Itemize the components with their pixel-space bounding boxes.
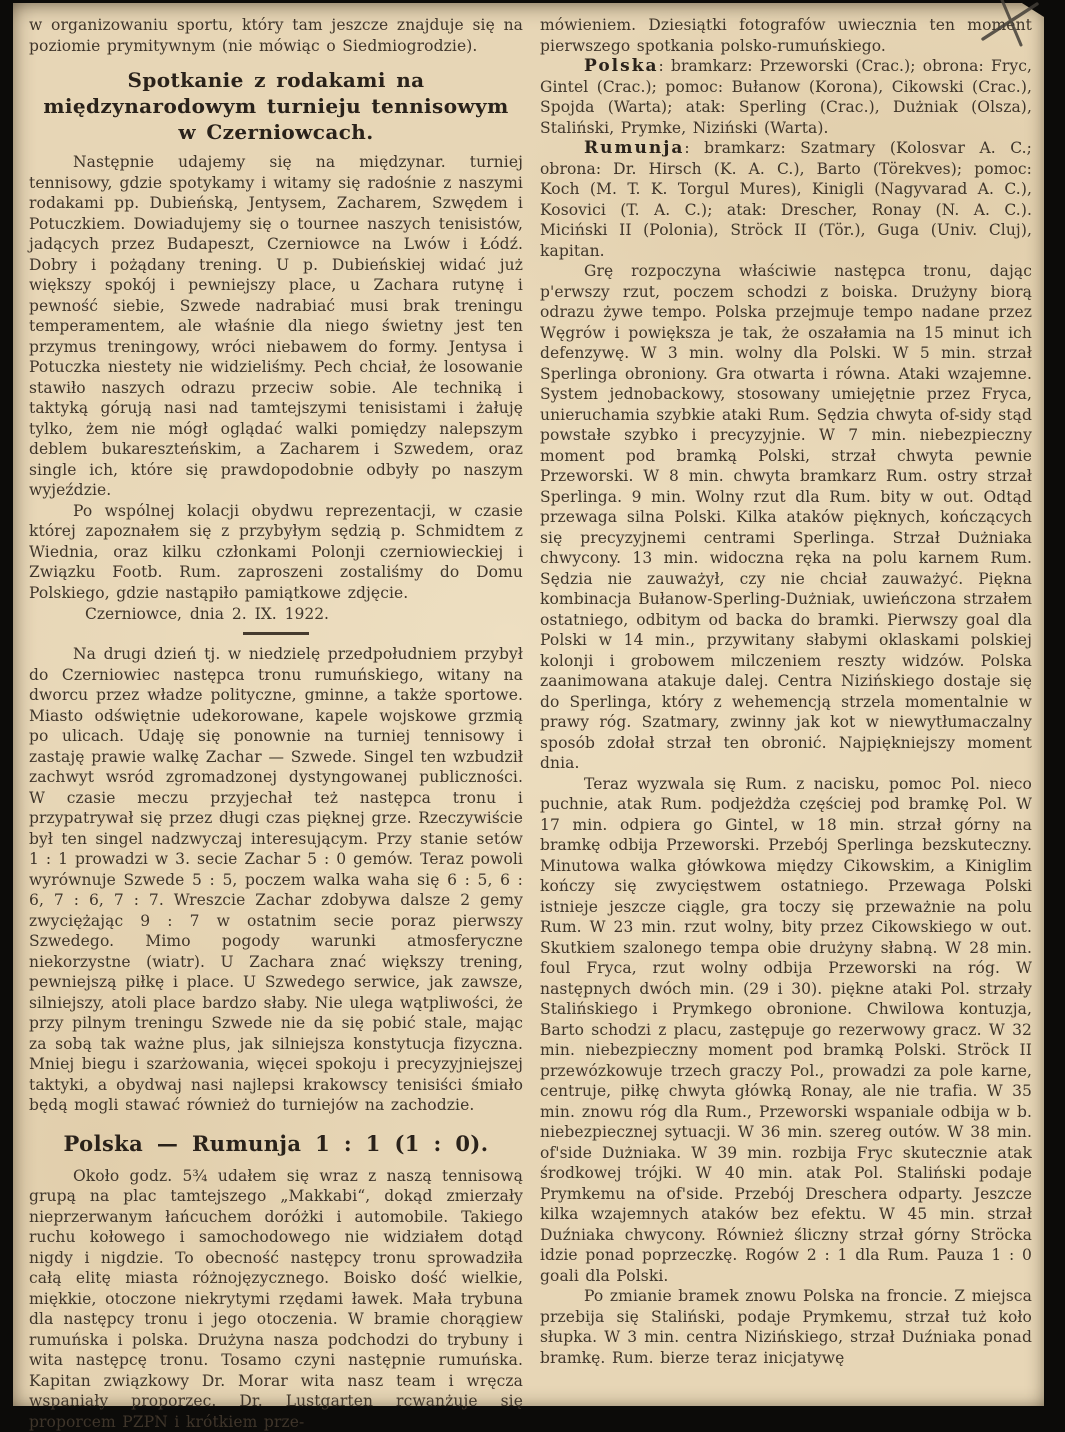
scan-border: w organizowaniu sportu, który tam jeszcz… xyxy=(0,0,1065,1421)
newspaper-page: w organizowaniu sportu, który tam jeszcz… xyxy=(13,3,1044,1406)
section-divider xyxy=(243,632,309,635)
continuation-paragraph: w organizowaniu sportu, który tam jeszcz… xyxy=(29,15,523,56)
paragraph-first-half-1: Grę rozpoczyna właściwie następca tronu,… xyxy=(540,261,1032,774)
polska-label: Polska xyxy=(584,56,659,76)
paragraph-tennis-2: Po wspólnej kolacji obydwu reprezentacji… xyxy=(29,501,523,604)
paragraph-first-half-2: Teraz wyzwala się Rum. z nacisku, pomoc … xyxy=(540,774,1032,1287)
right-column: mówieniem. Dziesiątki fotografów uwieczn… xyxy=(540,15,1032,1406)
pencil-cross-mark xyxy=(980,0,1042,49)
paragraph-tennis-1: Następnie udajemy się na międzynar. turn… xyxy=(29,152,523,501)
polska-lineup: Polska: bramkarz: Przeworski (Crac.); ob… xyxy=(540,56,1032,138)
article-heading: Spotkanie z rodakami na międzynarodowym … xyxy=(33,67,519,145)
rumunja-label: Rumunja xyxy=(584,138,684,158)
dateline: Czerniowce, dnia 2. IX. 1922. xyxy=(29,603,523,625)
paragraph-continuation-right: mówieniem. Dziesiątki fotografów uwieczn… xyxy=(540,15,1032,56)
paragraph-match-intro: Około godz. 5¾ udałem się wraz z naszą t… xyxy=(29,1166,523,1422)
left-column: w organizowaniu sportu, który tam jeszcz… xyxy=(29,15,523,1406)
rumunja-lineup: Rumunja: bramkarz: Szatmary (Kolosvar A.… xyxy=(540,138,1032,261)
paragraph-second-half: Po zmianie bramek znowu Polska na fronci… xyxy=(540,1286,1032,1368)
match-heading: Polska — Rumunja 1 : 1 (1 : 0). xyxy=(29,1132,523,1156)
paragraph-sunday: Na drugi dzień tj. w niedzielę przedpołu… xyxy=(29,644,523,1116)
